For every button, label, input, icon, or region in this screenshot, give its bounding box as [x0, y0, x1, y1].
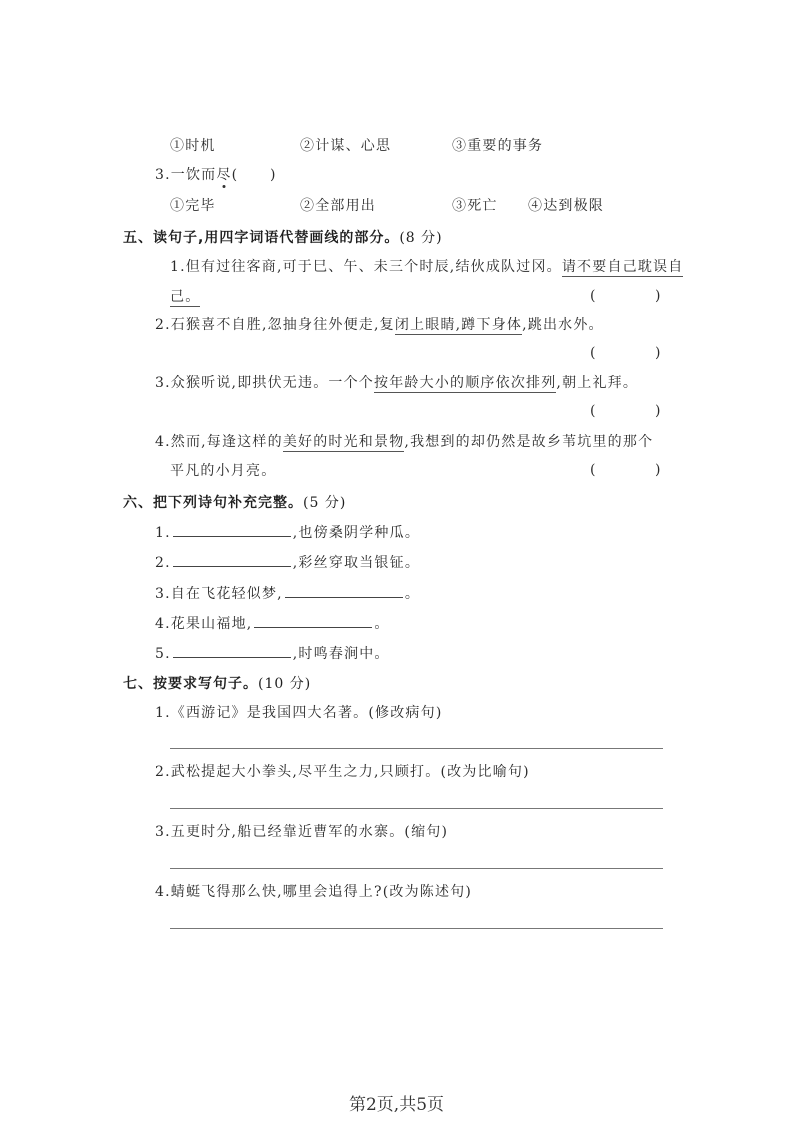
fill-blank[interactable] — [173, 522, 291, 537]
answer-line-2[interactable] — [170, 808, 663, 809]
section5-heading: 五、读句子,用四字词语代替画线的部分。(8 分) — [123, 227, 443, 247]
section6-heading: 六、把下列诗句补充完整。(5 分) — [123, 492, 346, 512]
page-number: 第2页,共5页 — [0, 1090, 793, 1115]
section6-item1: 1.,也傍桑阴学种瓜。 — [155, 522, 420, 542]
q4-item3-option-3: ③死亡 — [452, 197, 498, 215]
section5-item2-answer-close: ) — [655, 345, 660, 361]
section5-item3-answer-open: ( — [590, 403, 595, 419]
fill-blank[interactable] — [254, 613, 372, 628]
section5-item4: 4.然而,每逢这样的美好的时光和景物,我想到的却仍然是故乡苇坑里的那个 — [155, 433, 653, 451]
fill-blank[interactable] — [285, 583, 403, 598]
section5-item2: 2.石猴喜不自胜,忽抽身往外便走,复闭上眼睛,蹲下身体,跳出水外。 — [155, 316, 604, 334]
section5-item1-answer-close: ) — [655, 288, 660, 304]
section5-item1-line2: 己。 — [170, 288, 200, 306]
section7-item3: 3.五更时分,船已经靠近曹军的水寨。(缩句) — [155, 823, 448, 841]
section7-item2: 2.武松提起大小拳头,尽平生之力,只顾打。(改为比喻句) — [155, 763, 530, 781]
section5-item4-answer-open: ( — [590, 462, 595, 478]
section7-item1: 1.《西游记》是我国四大名著。(修改病句) — [155, 704, 442, 722]
answer-line-3[interactable] — [170, 868, 663, 869]
section5-item4-line2: 平凡的小月亮。 — [170, 462, 276, 480]
requirement-note: (缩句) — [404, 824, 448, 840]
q4-item2-option-2: ②计谋、心思 — [300, 137, 391, 155]
section5-item1-answer-open: ( — [590, 288, 595, 304]
q4-item3-option-2: ②全部用出 — [300, 197, 376, 215]
answer-line-4[interactable] — [170, 928, 663, 929]
underlined-phrase: 己。 — [170, 289, 200, 307]
underlined-phrase: 按年龄大小的顺序依次排列 — [374, 375, 556, 393]
section5-item3: 3.众猴听说,即拱伏无违。一个个按年龄大小的顺序依次排列,朝上礼拜。 — [155, 374, 638, 392]
q4-item2-option-3: ③重要的事务 — [452, 137, 543, 155]
section5-item4-answer-close: ) — [655, 462, 660, 478]
section5-item3-answer-close: ) — [655, 403, 660, 419]
section6-item3: 3.自在飞花轻似梦,。 — [155, 583, 420, 603]
section5-item2-answer-open: ( — [590, 345, 595, 361]
fill-blank[interactable] — [173, 552, 291, 567]
requirement-note: (改为陈述句) — [383, 884, 472, 900]
emphasis-dot-char: 尽 — [216, 167, 231, 183]
q4-item2-option-1: ①时机 — [170, 137, 216, 155]
underlined-phrase: 美好的时光和景物 — [283, 434, 405, 452]
fill-blank[interactable] — [173, 643, 291, 658]
section7-heading: 七、按要求写句子。(10 分) — [123, 673, 311, 693]
requirement-note: (修改病句) — [368, 705, 442, 721]
section5-item1: 1.但有过往客商,可于巳、午、未三个时辰,结伙成队过冈。请不要自己耽误自 — [170, 258, 683, 276]
q4-item3-answer-close: ) — [270, 166, 277, 184]
underlined-phrase: 请不要自己耽误自 — [562, 259, 684, 277]
requirement-note: (改为比喻句) — [440, 764, 529, 780]
section7-item4: 4.蜻蜓飞得那么快,哪里会追得上?(改为陈述句) — [155, 883, 472, 901]
section6-item4: 4.花果山福地,。 — [155, 613, 390, 633]
section6-item5: 5.,时鸣春涧中。 — [155, 643, 390, 663]
underlined-phrase: 闭上眼睛,蹲下身体 — [395, 317, 522, 335]
q4-item3-option-1: ①完毕 — [170, 197, 216, 215]
section6-item2: 2.,彩丝穿取当银钲。 — [155, 552, 420, 572]
q4-item3-question: 3.一饮而尽( — [155, 166, 238, 184]
q4-item3-option-4: ④达到极限 — [528, 197, 604, 215]
answer-line-1[interactable] — [170, 748, 663, 749]
